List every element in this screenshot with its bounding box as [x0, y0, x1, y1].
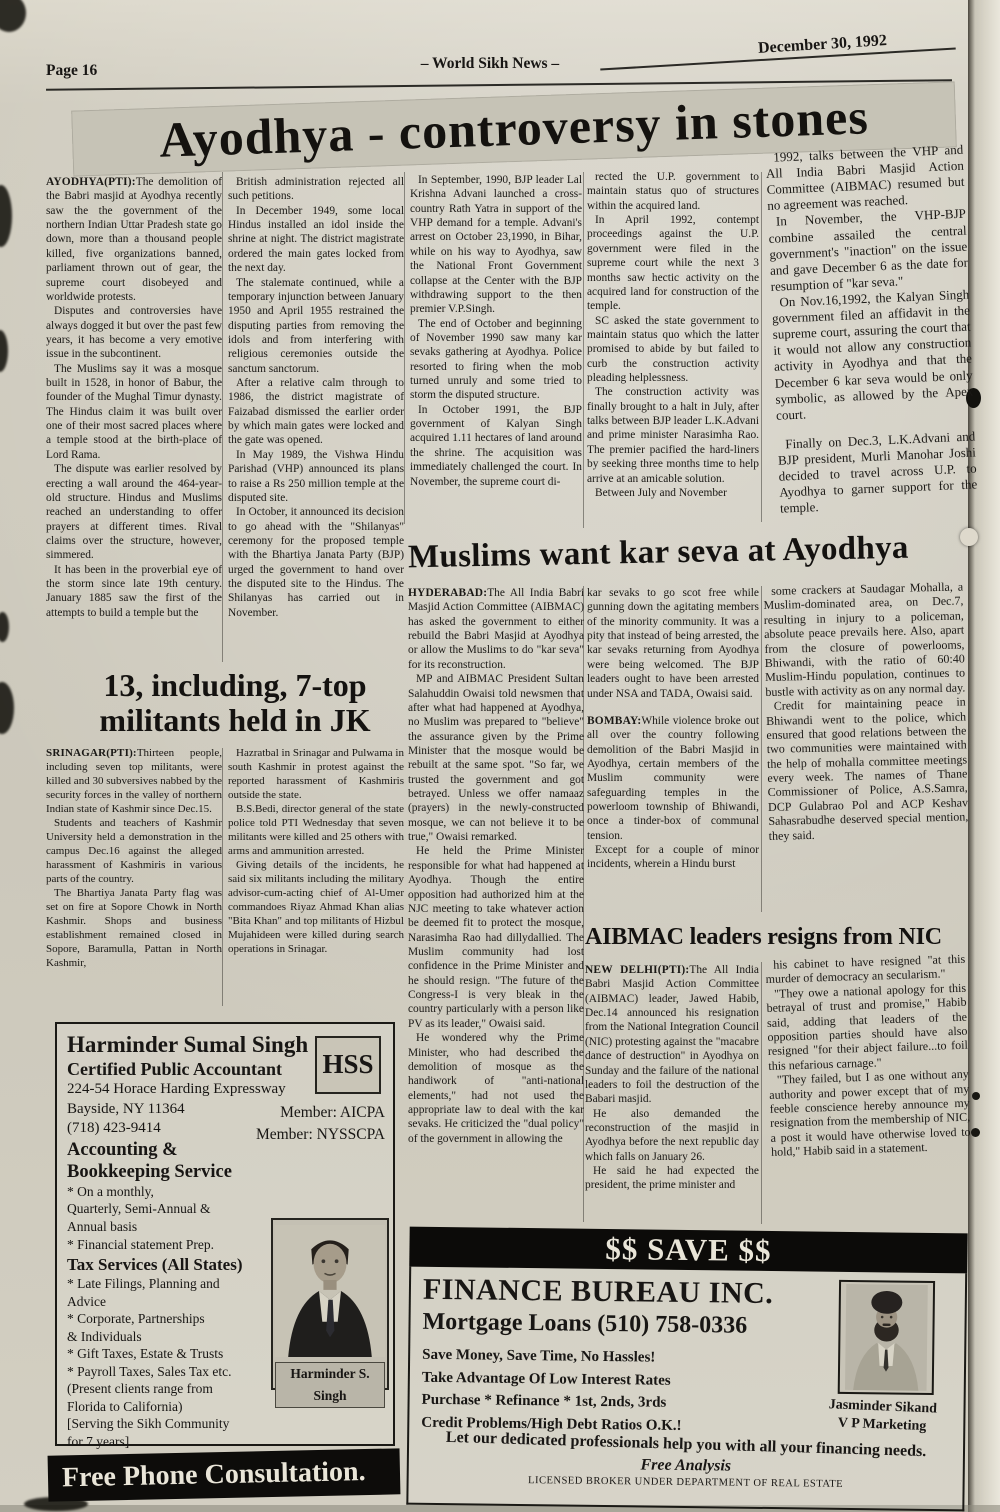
paragraph: * On a monthly,: [67, 1183, 269, 1201]
paragraph: In October, it announced its decision to…: [228, 505, 404, 620]
hss-tax-items: * Late Filings, Planning andAdvice* Corp…: [67, 1275, 269, 1450]
paragraph: B.S.Bedi, director general of the state …: [228, 803, 404, 859]
dateline: BOMBAY:: [587, 715, 641, 727]
muslims-headline: Muslims want kar seva at Ayodhya: [408, 529, 965, 577]
finance-ad-body: FINANCE BUREAU INC. Mortgage Loans (510)…: [406, 1267, 967, 1512]
paragraph: After a relative calm through to 1986, t…: [228, 376, 404, 448]
paragraph: HYDERABAD:The All India Babri Masjid Act…: [408, 586, 584, 672]
paragraph: Credit for maintaining peace in Bhiwandi…: [766, 695, 969, 843]
paragraph: some crackers at Saudagar Mohalla, a Mus…: [763, 579, 966, 699]
paragraph-group: He also demanded the reconstruction of t…: [585, 1107, 759, 1193]
finance-photo: [838, 1280, 935, 1395]
paragraph: The construction activity was finally br…: [587, 385, 759, 486]
hss-tax-heading: Tax Services (All States): [67, 1255, 269, 1275]
paragraph: Except for a couple of minor incidents, …: [587, 843, 759, 872]
jk-headline-line1: 13, including, 7-top: [70, 668, 400, 703]
paragraph: * Financial statement Prep.: [67, 1236, 269, 1254]
paragraph: He also demanded the reconstruction of t…: [585, 1107, 759, 1164]
aibmac-headline: AIBMAC leaders resigns from NIC: [585, 924, 967, 951]
paragraph: In October 1991, the BJP government of K…: [410, 403, 582, 489]
hss-advertisement: Harminder Sumal Singh Certified Public A…: [55, 1022, 395, 1446]
paragraph: In November, the VHP-BJP combine assaile…: [768, 206, 969, 295]
hss-photo: Harminder S. Singh: [271, 1218, 389, 1390]
paragraph: Hazratbal in Srinagar and Pulwama in sou…: [228, 747, 404, 803]
paragraph: kar sevaks to go scot free while gunning…: [587, 586, 759, 701]
portrait-jasminder: [842, 1284, 931, 1391]
paragraph: He wondered why the Prime Minister, who …: [408, 1031, 584, 1146]
paragraph: Students and teachers of Kashmir Univers…: [46, 817, 222, 887]
paragraph: Finally on Dec.3, L.K.Advani and BJP pre…: [777, 428, 978, 517]
column-rule: [761, 962, 762, 1224]
paragraph-group: Students and teachers of Kashmir Univers…: [46, 817, 222, 971]
paragraph: Advice: [67, 1293, 269, 1311]
paragraph: rected the U.P. government to maintain s…: [587, 170, 759, 213]
hss-member2: Member: NYSSCPA: [213, 1124, 385, 1146]
paragraph: "They failed, but I as one without any a…: [769, 1067, 972, 1160]
paragraph: The dispute was earlier resolved by erec…: [46, 462, 222, 563]
article-column: AYODHYA(PTI):The demolition of the Babri…: [46, 175, 222, 667]
paragraph: SRINAGAR(PTI):Thirteen people, including…: [46, 747, 222, 817]
hss-accounting-items: * On a monthly,Quarterly, Semi-Annual &A…: [67, 1183, 269, 1253]
scan-artifact: [972, 1092, 980, 1100]
paragraph: [Serving the Sikh Community: [67, 1415, 269, 1433]
paragraph: MP and AIBMAC President Sultan Salahuddi…: [408, 672, 584, 844]
paragraph: He held the Prime Minister responsible f…: [408, 844, 584, 1031]
paragraph-group: his cabinet to have resigned "at this mu…: [765, 952, 971, 1160]
paragraph: Giving details of the incidents, he said…: [228, 859, 404, 957]
paragraph-group: Disputes and controversies have always d…: [46, 304, 222, 620]
newspaper-page: Page 16 – World Sikh News – December 30,…: [0, 0, 1000, 1512]
scan-artifact: [971, 1128, 980, 1137]
article-column: NEW DELHI(PTI):The All India Babri Masji…: [585, 963, 759, 1227]
paragraph: * Payroll Taxes, Sales Tax etc.: [67, 1363, 269, 1381]
paragraph: Between July and November: [587, 486, 759, 500]
finance-advertisement: $$ SAVE $$ FINANCE BUREAU INC. Mortgage …: [406, 1227, 967, 1512]
paragraph: The Muslims say it was a mosque built in…: [46, 362, 222, 463]
paragraph: The end of October and beginning of Nove…: [410, 317, 582, 403]
paragraph: He said he had expected the president, t…: [585, 1164, 759, 1193]
paragraph: In September, 1990, BJP leader Lal Krish…: [410, 173, 582, 317]
paragraph: for 7 years]: [67, 1433, 269, 1451]
finance-save-banner: $$ SAVE $$: [409, 1227, 967, 1274]
paragraph: On Nov.16,1992, the Kalyan Singh governm…: [771, 287, 974, 424]
paragraph-group: 1992, talks between the VHP and All Indi…: [765, 142, 974, 424]
paragraph: NEW DELHI(PTI):The All India Babri Masji…: [585, 963, 759, 1107]
column-rule: [404, 172, 405, 524]
dateline: AYODHYA(PTI):: [46, 176, 136, 188]
jk-headline: 13, including, 7-top militants held in J…: [70, 668, 400, 737]
scan-artifact: [0, 330, 8, 372]
article-column: In September, 1990, BJP leader Lal Krish…: [410, 173, 582, 529]
paragraph: 1992, talks between the VHP and All Indi…: [765, 142, 966, 215]
paragraph-group: In September, 1990, BJP leader Lal Krish…: [410, 173, 582, 489]
paragraph: Annual basis: [67, 1218, 269, 1236]
article-column: Hazratbal in Srinagar and Pulwama in sou…: [228, 747, 404, 1009]
hss-accounting-heading2: Bookkeeping Service: [67, 1161, 269, 1183]
paragraph-group: Hazratbal in Srinagar and Pulwama in sou…: [228, 747, 404, 957]
paragraph: It has been in the proverbial eye of the…: [46, 563, 222, 620]
hss-memberships: Member: AICPA Member: NYSSCPA: [213, 1102, 385, 1147]
hss-services: Accounting & Bookkeeping Service * On a …: [67, 1139, 269, 1451]
page-number: Page 16: [46, 62, 97, 80]
paragraph-group: rected the U.P. government to maintain s…: [587, 170, 759, 500]
article-column: rected the U.P. government to maintain s…: [587, 170, 759, 532]
article-column: HYDERABAD:The All India Babri Masjid Act…: [408, 586, 584, 1226]
dateline: HYDERABAD:: [408, 587, 487, 599]
paragraph-group: some crackers at Saudagar Mohalla, a Mus…: [763, 579, 969, 843]
paragraph: AYODHYA(PTI):The demolition of the Babri…: [46, 175, 222, 304]
paragraph-group: British administration rejected all such…: [228, 175, 404, 620]
paragraph: The stalemate continued, while a tempora…: [228, 276, 404, 377]
hss-member1: Member: AICPA: [213, 1102, 385, 1124]
paragraph: "They owe a national apology for this be…: [766, 980, 969, 1073]
paragraph: BOMBAY:While violence broke out all over…: [587, 714, 759, 843]
hss-logo: HSS: [315, 1036, 381, 1094]
hss-photo-caption: Harminder S. Singh: [275, 1362, 385, 1408]
paragraph: & Individuals: [67, 1328, 269, 1346]
page-edge: [968, 0, 1000, 1512]
article-column: kar sevaks to go scot free while gunning…: [587, 586, 759, 912]
paragraph: (Present clients range from: [67, 1380, 269, 1398]
paragraph: * Late Filings, Planning and: [67, 1275, 269, 1293]
article-column: 1992, talks between the VHP and All Indi…: [765, 142, 980, 550]
scan-artifact: [0, 682, 14, 734]
article-column: some crackers at Saudagar Mohalla, a Mus…: [763, 579, 970, 915]
paragraph: In April 1992, contempt proceedings agai…: [587, 213, 759, 314]
finance-photo-caption: Jasminder Sikand V P Marketing: [807, 1395, 958, 1437]
paragraph: * Gift Taxes, Estate & Trusts: [67, 1345, 269, 1363]
dateline: NEW DELHI(PTI):: [585, 964, 689, 976]
jk-headline-line2: militants held in JK: [70, 703, 400, 738]
article-column: his cabinet to have resigned "at this mu…: [765, 952, 973, 1230]
paragraph: In December 1949, some local Hindus inst…: [228, 204, 404, 276]
column-rule: [761, 586, 762, 912]
paragraph: British administration rejected all such…: [228, 175, 404, 204]
paragraph: SC asked the state government to maintai…: [587, 314, 759, 386]
scan-artifact: [0, 185, 12, 247]
paragraph: Florida to California): [67, 1398, 269, 1416]
portrait-harminder: [275, 1222, 385, 1360]
paragraph: * Corporate, Partnerships: [67, 1310, 269, 1328]
scan-artifact: [0, 612, 9, 642]
article-column: British administration rejected all such…: [228, 175, 404, 673]
paragraph: Disputes and controversies have always d…: [46, 304, 222, 361]
column-rule: [583, 172, 584, 528]
column-rule: [222, 748, 223, 1006]
paragraph: In May 1989, the Vishwa Hindu Parishad (…: [228, 448, 404, 505]
paragraph: Quarterly, Semi-Annual &: [67, 1200, 269, 1218]
article-column: SRINAGAR(PTI):Thirteen people, including…: [46, 747, 222, 1005]
scan-artifact: [0, 0, 26, 32]
paragraph: The Bhartiya Janata Party flag was set o…: [46, 887, 222, 971]
column-rule: [222, 172, 223, 662]
finance-footer: Let our dedicated professionals help you…: [409, 1433, 964, 1492]
free-phone-banner: Free Phone Consultation.: [48, 1448, 401, 1501]
paragraph-group: MP and AIBMAC President Sultan Salahuddi…: [408, 672, 584, 1146]
dateline: SRINAGAR(PTI):: [46, 747, 137, 759]
column-rule: [761, 172, 762, 522]
